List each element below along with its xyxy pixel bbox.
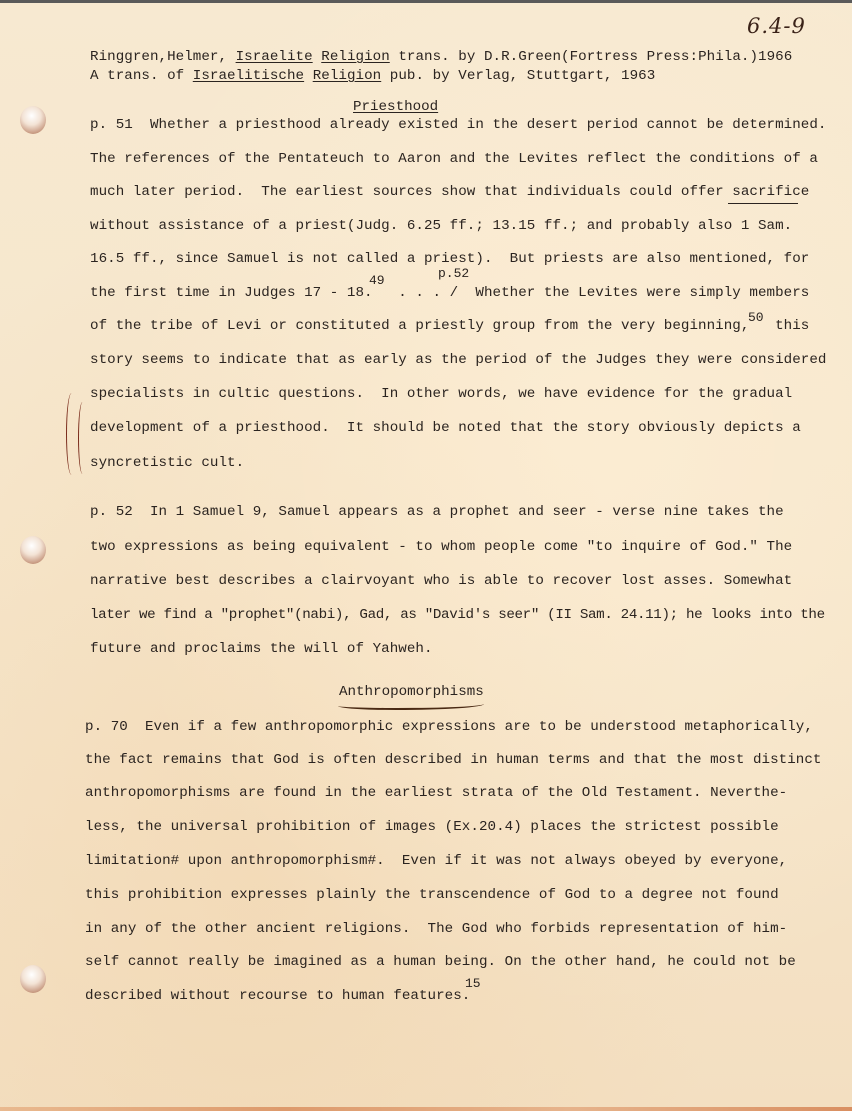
paragraph-line: anthropomorphisms are found in the earli… [85,785,787,801]
underline-mark [728,203,798,204]
margin-bracket-mark [78,402,87,474]
citation-original-title-word: Religion [313,68,382,84]
citation-line-1: Ringgren,Helmer, Israelite Religion tran… [90,49,792,65]
paragraph-line: 16.5 ff., since Samuel is not called a p… [90,251,809,267]
document-page: 6.4-9 Ringgren,Helmer, Israelite Religio… [0,0,852,1111]
heading-underline-swash [338,700,484,710]
citation-publisher: trans. by D.R.Green(Fortress Press:Phila… [390,49,793,65]
citation-title-word: Religion [321,49,390,65]
paragraph-line: this prohibition expresses plainly the t… [85,887,779,903]
paragraph-line: syncretistic cult. [90,455,244,471]
paragraph-line: p. 70 Even if a few anthropomorphic expr… [85,719,813,735]
page-marker: p.52 [438,266,469,281]
space [313,49,322,65]
paragraph-line: future and proclaims the will of Yahweh. [90,641,433,657]
paragraph-line: self cannot really be imagined as a huma… [85,954,796,970]
handwritten-reference-number: 6.4-9 [747,14,806,38]
citation-author: Ringgren,Helmer, [90,49,236,65]
paragraph-line: narrative best describes a clairvoyant w… [90,573,792,589]
paragraph-line: the fact remains that God is often descr… [85,752,822,768]
paragraph-line: in any of the other ancient religions. T… [85,921,787,937]
paragraph-line: story seems to indicate that as early as… [90,352,827,368]
citation-title-word: Israelite [236,49,313,65]
paragraph-line: the first time in Judges 17 - 18. . . . … [90,285,809,301]
punch-hole-icon [20,965,46,993]
paragraph-line: limitation# upon anthropomorphism#. Even… [85,853,787,869]
paragraph-line: of the tribe of Levi or constituted a pr… [90,318,809,334]
paragraph-line: p. 52 In 1 Samuel 9, Samuel appears as a… [90,504,784,520]
paragraph-line: described without recourse to human feat… [85,988,470,1004]
footnote-marker-49: 49 [369,273,385,288]
section-heading-priesthood: Priesthood [353,99,438,115]
paragraph-line: specialists in cultic questions. In othe… [90,386,792,402]
citation-original-title-word: Israelitische [193,68,304,84]
paragraph-line: less, the universal prohibition of image… [85,819,779,835]
section-heading-anthropomorphisms: Anthropomorphisms [339,684,484,700]
punch-hole-icon [20,536,46,564]
paragraph-line: The references of the Pentateuch to Aaro… [90,151,818,167]
paragraph-line: later we find a "prophet"(nabi), Gad, as… [90,607,825,623]
paragraph-line: development of a priesthood. It should b… [90,420,801,436]
paragraph-line: p. 51 Whether a priesthood already exist… [90,117,827,133]
margin-bracket-mark [66,393,77,475]
citation-original-publisher: pub. by Verlag, Stuttgart, 1963 [381,68,655,84]
paragraph-line: much later period. The earliest sources … [90,184,809,200]
space [304,68,313,84]
page-edge [0,1107,852,1111]
paragraph-line: without assistance of a priest(Judg. 6.2… [90,218,792,234]
footnote-marker-15: 15 [465,976,481,991]
paragraph-line: two expressions as being equivalent - to… [90,539,792,555]
citation-prefix: A trans. of [90,68,193,84]
punch-hole-icon [20,106,46,134]
citation-line-2: A trans. of Israelitische Religion pub. … [90,68,655,84]
footnote-marker-50: 50 [748,310,764,325]
